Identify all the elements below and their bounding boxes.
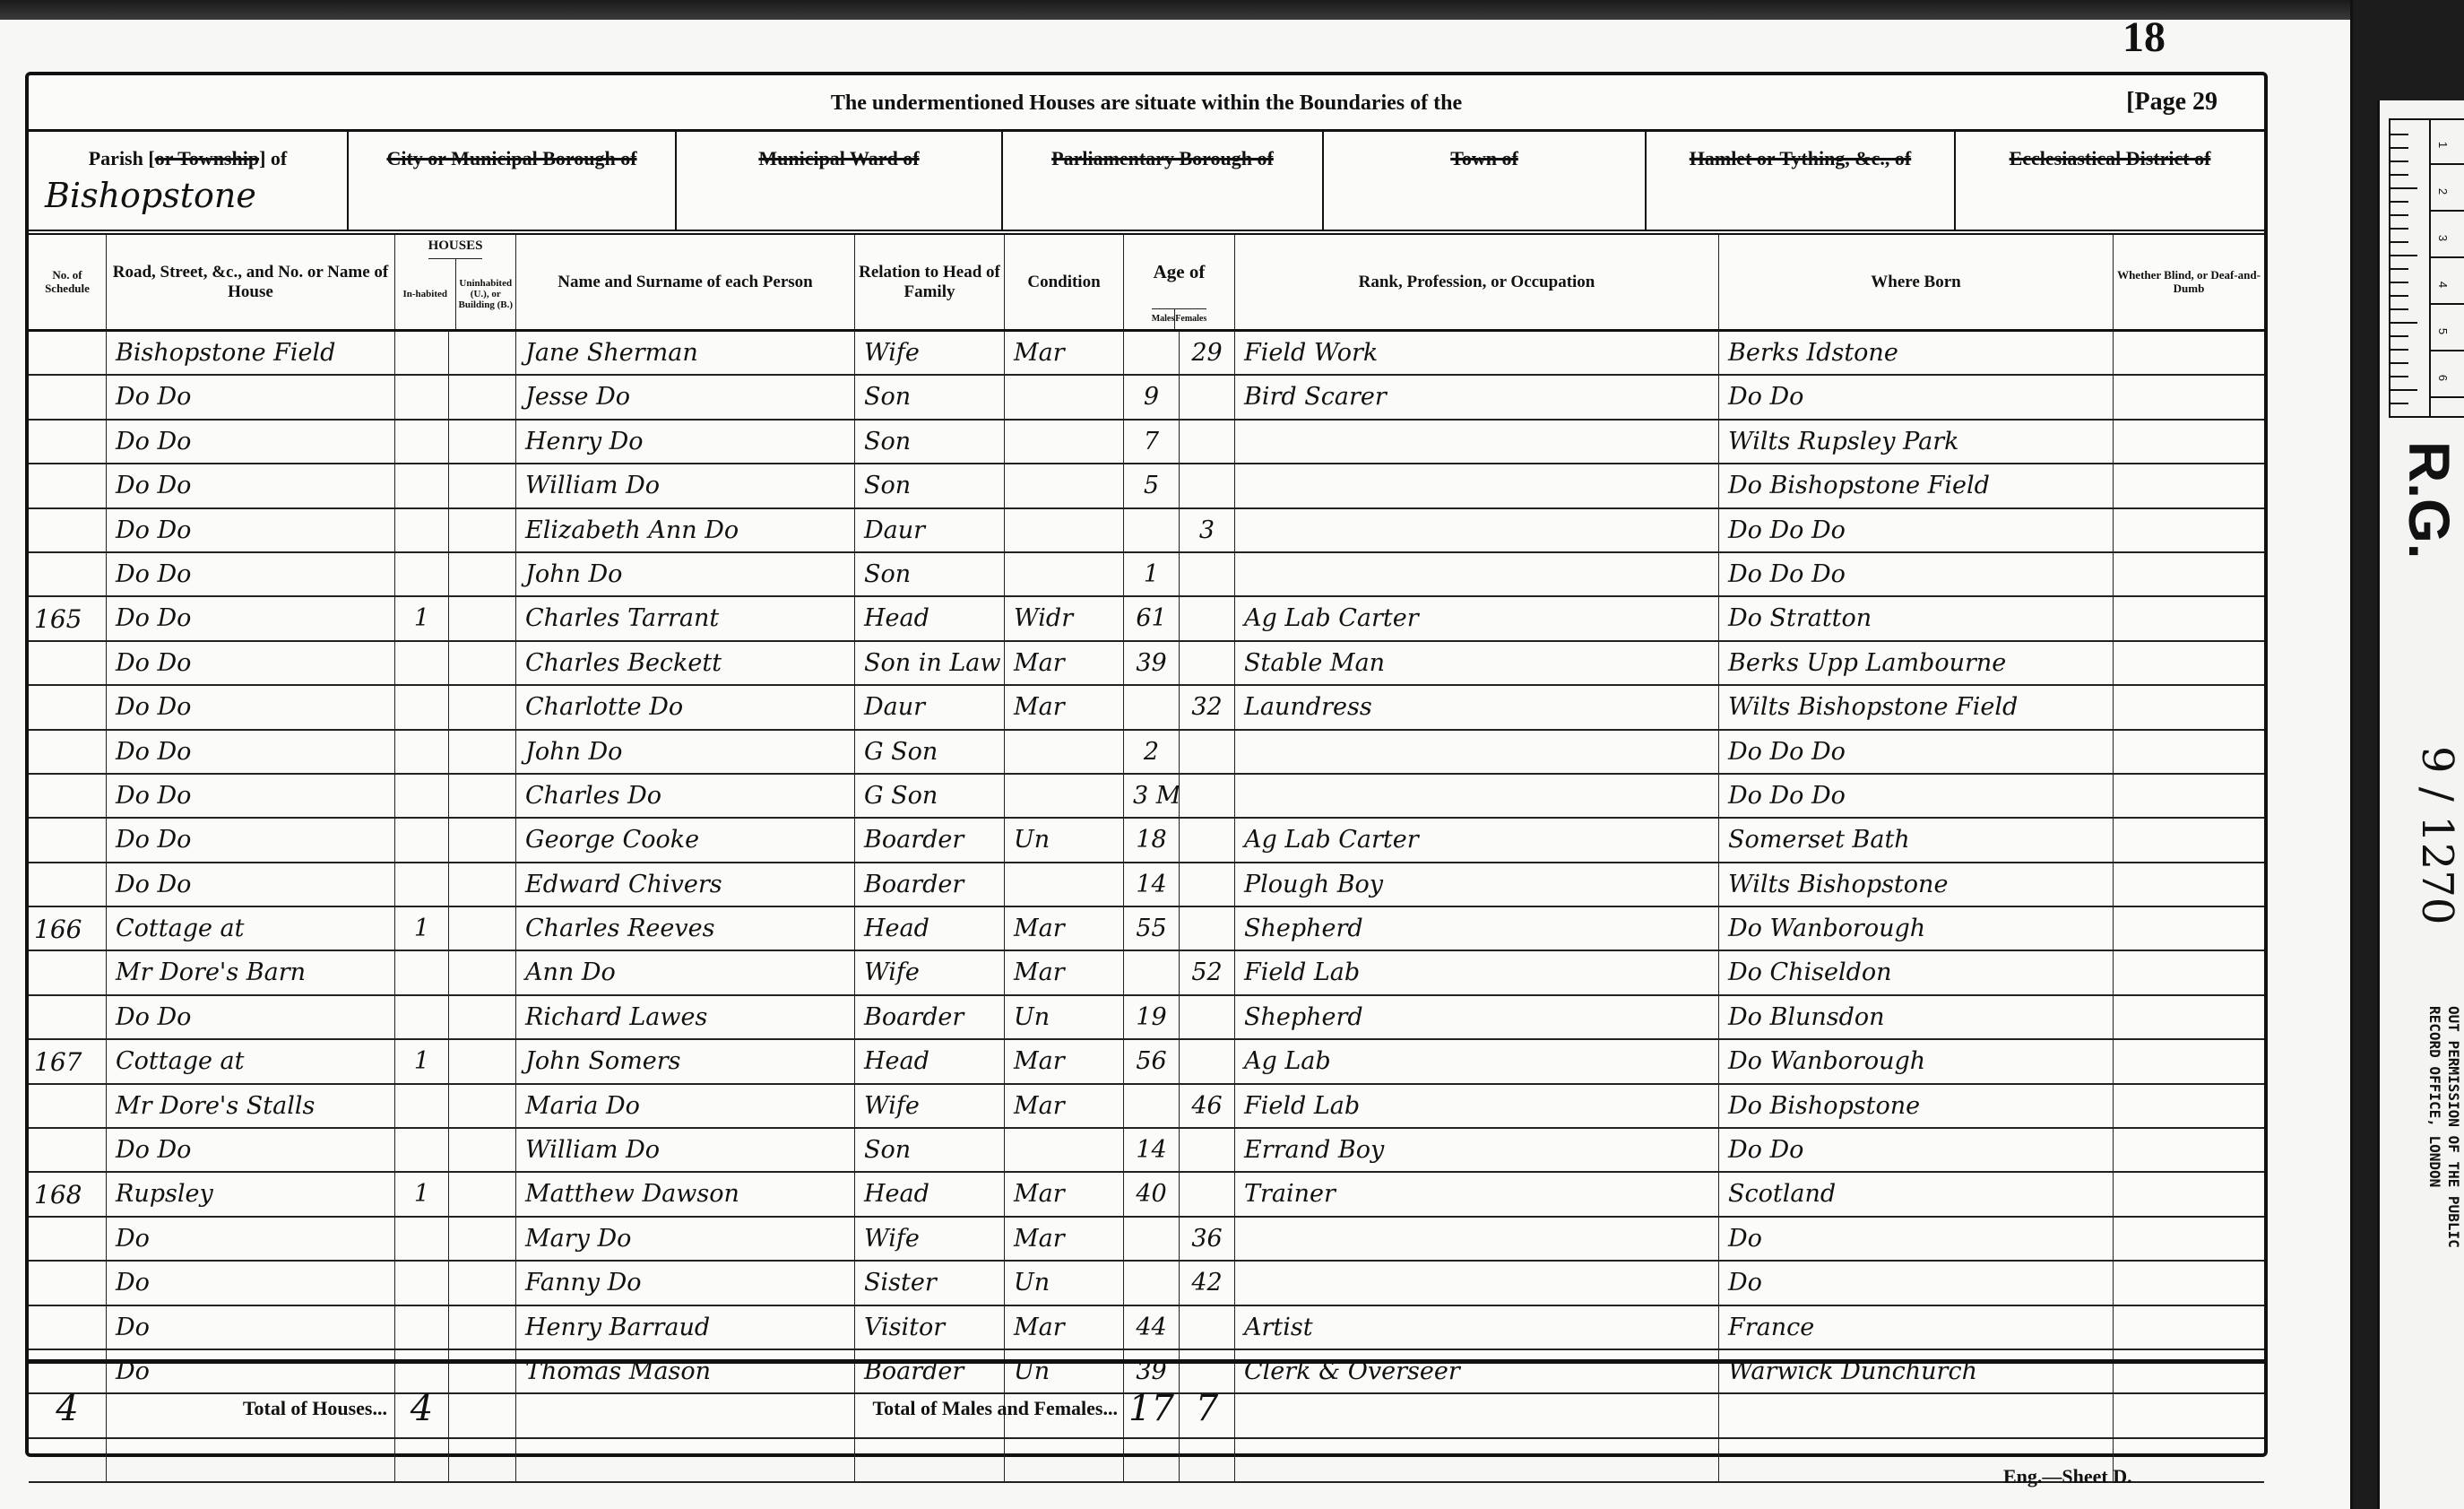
cell-where-born: Do Chiseldon xyxy=(1719,951,2114,993)
cell-male-age: 40 xyxy=(1124,1173,1180,1215)
area-hamlet: Hamlet or Tything, &c., of xyxy=(1647,129,1956,230)
cell-inhabited xyxy=(395,1085,449,1127)
cell-schedule xyxy=(29,553,107,595)
cell-occupation: Field Lab xyxy=(1235,1085,1719,1127)
cell-schedule: 165 xyxy=(29,597,107,639)
ruler-label: 4 xyxy=(2436,282,2450,288)
table-row: Mr Dore's StallsMaria DoWifeMar46Field L… xyxy=(29,1085,2264,1129)
ruler-label: 6 xyxy=(2436,375,2450,381)
cell-name: Henry Barraud xyxy=(516,1306,855,1349)
cell-schedule xyxy=(29,421,107,463)
cell-condition xyxy=(1005,509,1124,551)
cell-name: Jesse Do xyxy=(516,376,855,418)
cell-name: Charles Reeves xyxy=(516,907,855,950)
cell-female-age xyxy=(1180,376,1235,418)
cell-female-age: 32 xyxy=(1180,686,1235,728)
cell-occupation xyxy=(1235,1262,1719,1304)
col-schedule: No. of Schedule xyxy=(29,235,107,329)
cell-female-age xyxy=(1180,464,1235,507)
cell-female-age xyxy=(1180,996,1235,1038)
cell-uninhabited xyxy=(449,1306,516,1349)
form-banner: The undermentioned Houses are situate wi… xyxy=(29,75,2264,132)
cell-schedule xyxy=(29,951,107,993)
cell-schedule xyxy=(29,1085,107,1127)
cell-uninhabited xyxy=(449,421,516,463)
cell-blind xyxy=(2114,951,2264,993)
cell-relation: Son xyxy=(855,553,1005,595)
cell-uninhabited xyxy=(449,553,516,595)
cell-blind xyxy=(2114,421,2264,463)
cell-where-born: Do Bishopstone Field xyxy=(1719,464,2114,507)
cell-female-age xyxy=(1180,1306,1235,1349)
cell-inhabited xyxy=(395,731,449,773)
cell-male-age xyxy=(1124,509,1180,551)
cell-where-born: Berks Upp Lambourne xyxy=(1719,642,2114,684)
cell-road: Do Do xyxy=(107,819,395,861)
table-row: Do DoCharles DoG Son3 MoDo Do Do xyxy=(29,775,2264,819)
cell-schedule xyxy=(29,1129,107,1171)
cell-condition: Un xyxy=(1005,996,1124,1038)
cell-where-born: Do Do Do xyxy=(1719,553,2114,595)
total-males: 17 xyxy=(1124,1364,1180,1453)
cell-blind xyxy=(2114,863,2264,906)
cell-schedule xyxy=(29,775,107,817)
total-females: 7 xyxy=(1180,1364,1235,1453)
cell-female-age xyxy=(1180,863,1235,906)
table-row: Do DoHenry DoSon7Wilts Rupsley Park xyxy=(29,421,2264,464)
cell-road: Cottage at xyxy=(107,907,395,950)
cell-male-age: 9 xyxy=(1124,376,1180,418)
cell-road: Do xyxy=(107,1306,395,1349)
cell-relation: Wife xyxy=(855,1085,1005,1127)
table-row: Do DoWilliam DoSon14Errand BoyDo Do xyxy=(29,1129,2264,1173)
col-uninhabited: Uninhabited (U.), or Building (B.) xyxy=(456,259,516,329)
cell-name: John Do xyxy=(516,553,855,595)
cell-blind xyxy=(2114,1306,2264,1349)
total-schedules: 4 xyxy=(29,1364,107,1453)
cell-male-age xyxy=(1124,332,1180,374)
cell-condition xyxy=(1005,553,1124,595)
cell-where-born: Somerset Bath xyxy=(1719,819,2114,861)
cell-uninhabited xyxy=(449,1173,516,1215)
area-parliamentary-borough: Parliamentary Borough of xyxy=(1003,129,1324,230)
cell-occupation: Stable Man xyxy=(1235,642,1719,684)
cell-road: Mr Dore's Barn xyxy=(107,951,395,993)
cell-occupation xyxy=(1235,1218,1719,1260)
cell-female-age xyxy=(1180,421,1235,463)
table-row: 167Cottage at1John SomersHeadMar56Ag Lab… xyxy=(29,1040,2264,1084)
cell-male-age: 56 xyxy=(1124,1040,1180,1082)
col-where-born: Where Born xyxy=(1719,235,2114,329)
table-row: 165Do Do1Charles TarrantHeadWidr61Ag Lab… xyxy=(29,597,2264,641)
cell-occupation: Artist xyxy=(1235,1306,1719,1349)
cell-inhabited xyxy=(395,1262,449,1304)
table-row: Mr Dore's BarnAnn DoWifeMar52Field LabDo… xyxy=(29,951,2264,995)
cell-male-age: 5 xyxy=(1124,464,1180,507)
piece-number: 9 / 1270 xyxy=(2412,746,2462,924)
cell-uninhabited xyxy=(449,1085,516,1127)
cell-blind xyxy=(2114,597,2264,639)
cell-name: Matthew Dawson xyxy=(516,1173,855,1215)
cell-male-age xyxy=(1124,686,1180,728)
cell-where-born: Do Do Do xyxy=(1719,775,2114,817)
parish-value: Bishopstone xyxy=(45,176,256,215)
cell-blind xyxy=(2114,1040,2264,1082)
cell-road: Mr Dore's Stalls xyxy=(107,1085,395,1127)
cell-female-age xyxy=(1180,819,1235,861)
cell-female-age: 46 xyxy=(1180,1085,1235,1127)
area-municipal-borough: City or Municipal Borough of xyxy=(349,129,677,230)
cell-female-age xyxy=(1180,907,1235,950)
record-class: R.G. xyxy=(2396,441,2462,559)
cell-uninhabited xyxy=(449,775,516,817)
cell-relation: Boarder xyxy=(855,819,1005,861)
cell-uninhabited xyxy=(449,907,516,950)
cell-inhabited: 1 xyxy=(395,907,449,950)
cell-female-age xyxy=(1180,1040,1235,1082)
cell-inhabited xyxy=(395,464,449,507)
cell-condition: Mar xyxy=(1005,1085,1124,1127)
cell-relation: Daur xyxy=(855,509,1005,551)
table-header: No. of Schedule Road, Street, &c., and N… xyxy=(29,235,2264,332)
cell-blind xyxy=(2114,553,2264,595)
cell-uninhabited xyxy=(449,464,516,507)
ruler-label: 2 xyxy=(2436,188,2450,195)
cell-relation: Son in Law xyxy=(855,642,1005,684)
cell-name: Charles Beckett xyxy=(516,642,855,684)
cell-name: Mary Do xyxy=(516,1218,855,1260)
col-road: Road, Street, &c., and No. or Name of Ho… xyxy=(107,235,395,329)
cell-condition xyxy=(1005,376,1124,418)
cell-female-age xyxy=(1180,775,1235,817)
cell-schedule: 168 xyxy=(29,1173,107,1215)
col-age: Age of Males Females xyxy=(1124,235,1235,329)
cell-uninhabited xyxy=(449,951,516,993)
cell-name: John Somers xyxy=(516,1040,855,1082)
cell-relation: Visitor xyxy=(855,1306,1005,1349)
cell-female-age xyxy=(1180,597,1235,639)
cell-male-age: 1 xyxy=(1124,553,1180,595)
col-males: Males xyxy=(1152,309,1176,329)
cell-male-age xyxy=(1124,1085,1180,1127)
col-occupation: Rank, Profession, or Occupation xyxy=(1235,235,1719,329)
cell-occupation xyxy=(1235,421,1719,463)
cell-female-age xyxy=(1180,1129,1235,1171)
table-row: DoHenry BarraudVisitorMar44ArtistFrance xyxy=(29,1306,2264,1350)
table-row: Do DoGeorge CookeBoarderUn18Ag Lab Carte… xyxy=(29,819,2264,863)
cell-where-born: France xyxy=(1719,1306,2114,1349)
cell-schedule xyxy=(29,731,107,773)
cell-relation: Head xyxy=(855,1040,1005,1082)
cell-blind xyxy=(2114,1218,2264,1260)
table-row: Do DoEdward ChiversBoarder14Plough BoyWi… xyxy=(29,863,2264,907)
cell-name: George Cooke xyxy=(516,819,855,861)
cell-condition: Mar xyxy=(1005,642,1124,684)
census-form: The undermentioned Houses are situate wi… xyxy=(25,72,2268,1457)
cell-where-born: Do Do Do xyxy=(1719,731,2114,773)
totals-row: 4 Total of Houses... 4 Total of Males an… xyxy=(29,1359,2264,1453)
cell-uninhabited xyxy=(449,597,516,639)
cell-condition: Mar xyxy=(1005,332,1124,374)
cell-female-age xyxy=(1180,553,1235,595)
cell-male-age: 14 xyxy=(1124,1129,1180,1171)
cell-road: Do Do xyxy=(107,509,395,551)
cell-schedule xyxy=(29,996,107,1038)
cell-name: Edward Chivers xyxy=(516,863,855,906)
boundary-areas: Parish [or Township] of Bishopstone City… xyxy=(29,129,2264,235)
total-houses-inhabited: 4 xyxy=(395,1364,449,1453)
cell-uninhabited xyxy=(449,996,516,1038)
cell-relation: Boarder xyxy=(855,863,1005,906)
cell-road: Do Do xyxy=(107,731,395,773)
cell-inhabited xyxy=(395,1306,449,1349)
cell-relation: G Son xyxy=(855,731,1005,773)
cell-condition: Mar xyxy=(1005,1173,1124,1215)
cell-female-age: 29 xyxy=(1180,332,1235,374)
cell-schedule xyxy=(29,1218,107,1260)
cell-where-born: Wilts Bishopstone Field xyxy=(1719,686,2114,728)
cell-road: Do Do xyxy=(107,775,395,817)
cell-road: Do xyxy=(107,1262,395,1304)
cell-inhabited: 1 xyxy=(395,597,449,639)
cell-relation: Son xyxy=(855,1129,1005,1171)
col-houses: HOUSES In-habited Uninhabited (U.), or B… xyxy=(395,235,516,329)
cell-name: Fanny Do xyxy=(516,1262,855,1304)
cell-male-age: 7 xyxy=(1124,421,1180,463)
cell-male-age: 61 xyxy=(1124,597,1180,639)
cell-inhabited xyxy=(395,642,449,684)
cell-name: Charlotte Do xyxy=(516,686,855,728)
table-row: Do DoCharlotte DoDaurMar32LaundressWilts… xyxy=(29,686,2264,730)
cell-inhabited xyxy=(395,332,449,374)
cell-condition: Widr xyxy=(1005,597,1124,639)
cell-where-born: Wilts Rupsley Park xyxy=(1719,421,2114,463)
table-row: Bishopstone FieldJane ShermanWifeMar29Fi… xyxy=(29,332,2264,376)
cell-occupation: Bird Scarer xyxy=(1235,376,1719,418)
cell-male-age: 39 xyxy=(1124,642,1180,684)
cell-road: Cottage at xyxy=(107,1040,395,1082)
cell-road: Do Do xyxy=(107,996,395,1038)
cell-name: William Do xyxy=(516,1129,855,1171)
cell-male-age: 14 xyxy=(1124,863,1180,906)
cell-uninhabited xyxy=(449,642,516,684)
cell-occupation: Trainer xyxy=(1235,1173,1719,1215)
cell-uninhabited xyxy=(449,819,516,861)
cell-male-age: 3 Mo xyxy=(1124,775,1180,817)
cell-road: Do Do xyxy=(107,597,395,639)
cell-road: Do Do xyxy=(107,553,395,595)
cell-road: Do Do xyxy=(107,376,395,418)
cell-blind xyxy=(2114,332,2264,374)
cell-where-born: Do Wanborough xyxy=(1719,1040,2114,1082)
cell-condition xyxy=(1005,464,1124,507)
cell-occupation xyxy=(1235,509,1719,551)
cell-condition: Mar xyxy=(1005,951,1124,993)
cell-road: Do Do xyxy=(107,863,395,906)
cell-condition xyxy=(1005,421,1124,463)
cell-blind xyxy=(2114,1129,2264,1171)
table-row: DoFanny DoSisterUn42Do xyxy=(29,1262,2264,1305)
cell-uninhabited xyxy=(449,332,516,374)
cell-schedule: 166 xyxy=(29,907,107,950)
table-row: Do DoWilliam DoSon5Do Bishopstone Field xyxy=(29,464,2264,508)
cell-occupation xyxy=(1235,731,1719,773)
cell-where-born: Do Blunsdon xyxy=(1719,996,2114,1038)
table-row: 168Rupsley1Matthew DawsonHeadMar40Traine… xyxy=(29,1173,2264,1217)
cell-condition xyxy=(1005,775,1124,817)
cell-condition xyxy=(1005,863,1124,906)
cell-condition: Un xyxy=(1005,1262,1124,1304)
cell-where-born: Do Do xyxy=(1719,1129,2114,1171)
cell-schedule xyxy=(29,642,107,684)
cell-inhabited xyxy=(395,863,449,906)
cell-condition: Mar xyxy=(1005,1040,1124,1082)
cell-inhabited xyxy=(395,509,449,551)
cell-condition: Mar xyxy=(1005,907,1124,950)
cell-occupation: Ag Lab xyxy=(1235,1040,1719,1082)
area-town: Town of xyxy=(1324,129,1647,230)
cell-inhabited xyxy=(395,1218,449,1260)
table-row: Do DoJesse DoSon9Bird ScarerDo Do xyxy=(29,376,2264,420)
cell-occupation: Field Work xyxy=(1235,332,1719,374)
cell-inhabited xyxy=(395,996,449,1038)
cell-name: John Do xyxy=(516,731,855,773)
cell-occupation: Ag Lab Carter xyxy=(1235,819,1719,861)
cell-where-born: Do Bishopstone xyxy=(1719,1085,2114,1127)
cell-uninhabited xyxy=(449,1129,516,1171)
cell-relation: G Son xyxy=(855,775,1005,817)
sheet-footer: Eng.—Sheet D. xyxy=(2003,1465,2132,1488)
table-row: Do DoElizabeth Ann DoDaur3Do Do Do xyxy=(29,509,2264,553)
cell-male-age: 2 xyxy=(1124,731,1180,773)
cell-name: Elizabeth Ann Do xyxy=(516,509,855,551)
cell-schedule xyxy=(29,819,107,861)
cell-male-age xyxy=(1124,1218,1180,1260)
cell-where-born: Do Do Do xyxy=(1719,509,2114,551)
scan-edge-top xyxy=(0,0,2464,20)
cell-condition: Mar xyxy=(1005,1218,1124,1260)
cell-male-age: 19 xyxy=(1124,996,1180,1038)
total-persons-label: Total of Males and Females... xyxy=(516,1364,1124,1453)
cell-name: Richard Lawes xyxy=(516,996,855,1038)
col-name: Name and Surname of each Person xyxy=(516,235,855,329)
cell-schedule xyxy=(29,332,107,374)
cell-female-age xyxy=(1180,1173,1235,1215)
cell-blind xyxy=(2114,819,2264,861)
cell-condition xyxy=(1005,731,1124,773)
cell-condition xyxy=(1005,1129,1124,1171)
area-parish: Parish [or Township] of Bishopstone xyxy=(29,129,349,230)
cell-where-born: Do Wanborough xyxy=(1719,907,2114,950)
banner-text: The undermentioned Houses are situate wi… xyxy=(29,91,2264,116)
copyright-notice: OUT PERMISSION OF THE PUBLIC RECORD OFFI… xyxy=(2425,1006,2462,1248)
cell-blind xyxy=(2114,686,2264,728)
cell-blind xyxy=(2114,996,2264,1038)
cell-name: Ann Do xyxy=(516,951,855,993)
cell-inhabited: 1 xyxy=(395,1173,449,1215)
cell-relation: Daur xyxy=(855,686,1005,728)
cell-relation: Son xyxy=(855,376,1005,418)
cell-condition: Mar xyxy=(1005,1306,1124,1349)
ruler-label: 5 xyxy=(2436,328,2450,334)
cell-schedule xyxy=(29,863,107,906)
cell-uninhabited xyxy=(449,863,516,906)
cell-name: William Do xyxy=(516,464,855,507)
cell-schedule xyxy=(29,464,107,507)
cell-uninhabited xyxy=(449,686,516,728)
cell-road: Do Do xyxy=(107,421,395,463)
cell-blind xyxy=(2114,1262,2264,1304)
cell-inhabited xyxy=(395,819,449,861)
table-body: Bishopstone FieldJane ShermanWifeMar29Fi… xyxy=(29,332,2264,1483)
cell-female-age: 52 xyxy=(1180,951,1235,993)
cell-road: Do Do xyxy=(107,642,395,684)
cell-where-born: Do xyxy=(1719,1262,2114,1304)
cell-blind xyxy=(2114,775,2264,817)
cell-blind xyxy=(2114,1085,2264,1127)
cell-inhabited xyxy=(395,775,449,817)
cell-occupation: Errand Boy xyxy=(1235,1129,1719,1171)
ruler-label: 1 xyxy=(2436,142,2450,148)
cell-male-age: 18 xyxy=(1124,819,1180,861)
cell-where-born: Do xyxy=(1719,1218,2114,1260)
cell-occupation: Shepherd xyxy=(1235,996,1719,1038)
total-houses-uninhabited xyxy=(449,1364,516,1453)
cell-road: Do Do xyxy=(107,1129,395,1171)
reference-strip: 123456 R.G. 9 / 1270 OUT PERMISSION OF T… xyxy=(2377,100,2464,1509)
col-inhabited: In-habited xyxy=(395,259,456,329)
cell-blind xyxy=(2114,1173,2264,1215)
cell-where-born: Do Do xyxy=(1719,376,2114,418)
cell-uninhabited xyxy=(449,731,516,773)
table-row: Do DoRichard LawesBoarderUn19ShepherdDo … xyxy=(29,996,2264,1040)
cell-female-age xyxy=(1180,731,1235,773)
cell-occupation xyxy=(1235,464,1719,507)
scale-ruler xyxy=(2389,118,2431,418)
cell-schedule xyxy=(29,376,107,418)
cell-male-age: 44 xyxy=(1124,1306,1180,1349)
cell-relation: Head xyxy=(855,597,1005,639)
cell-schedule: 167 xyxy=(29,1040,107,1082)
cell-occupation xyxy=(1235,775,1719,817)
sheet-number: 18 xyxy=(2122,13,2166,62)
cell-inhabited xyxy=(395,421,449,463)
cell-occupation xyxy=(1235,553,1719,595)
cell-schedule xyxy=(29,1262,107,1304)
cell-inhabited xyxy=(395,376,449,418)
cell-relation: Wife xyxy=(855,332,1005,374)
cell-schedule xyxy=(29,1306,107,1349)
table-row: Do DoJohn DoSon1Do Do Do xyxy=(29,553,2264,597)
cell-condition: Mar xyxy=(1005,686,1124,728)
cell-schedule xyxy=(29,686,107,728)
cell-male-age xyxy=(1124,1262,1180,1304)
cell-blind xyxy=(2114,464,2264,507)
cell-occupation: Plough Boy xyxy=(1235,863,1719,906)
area-ecclesiastical-district: Ecclesiastical District of xyxy=(1956,129,2264,230)
cell-name: Charles Do xyxy=(516,775,855,817)
cell-occupation: Ag Lab Carter xyxy=(1235,597,1719,639)
cell-relation: Sister xyxy=(855,1262,1005,1304)
col-relation: Relation to Head of Family xyxy=(855,235,1005,329)
cell-occupation: Shepherd xyxy=(1235,907,1719,950)
cell-schedule xyxy=(29,509,107,551)
cell-where-born: Scotland xyxy=(1719,1173,2114,1215)
cell-relation: Head xyxy=(855,1173,1005,1215)
cell-uninhabited xyxy=(449,1218,516,1260)
ruler-label: 3 xyxy=(2436,235,2450,241)
cell-male-age xyxy=(1124,951,1180,993)
